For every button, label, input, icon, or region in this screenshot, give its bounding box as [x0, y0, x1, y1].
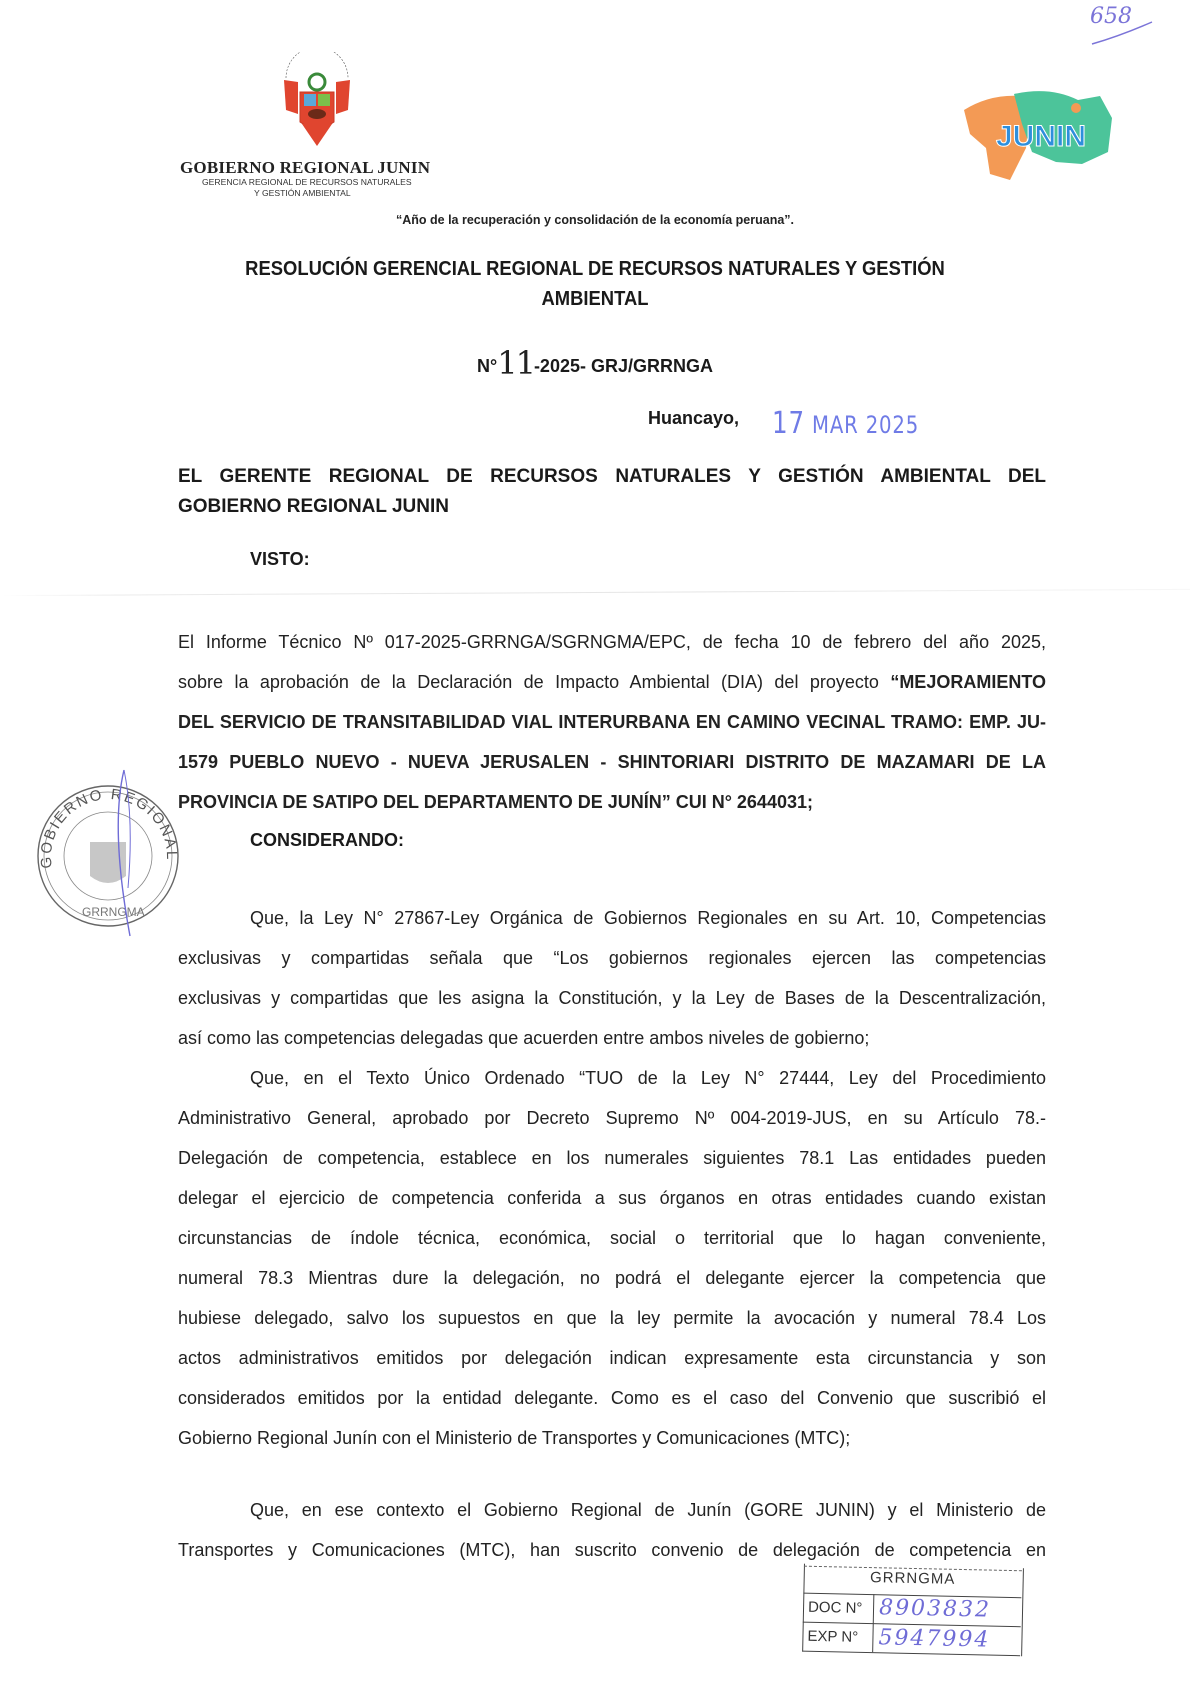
resolution-title: RESOLUCIÓN GERENCIAL REGIONAL DE RECURSO…	[48, 258, 1143, 281]
document-stamp: GRRNGMA DOC N° 8903832 EXP N° 5947994	[802, 1564, 1026, 1661]
considerando-line: Que, la Ley N° 27867-Ley Orgánica de Gob…	[250, 908, 1046, 929]
folio-number: 658	[1090, 4, 1170, 48]
considerando-line: Transportes y Comunicaciones (MTC), han …	[178, 1540, 1046, 1561]
considerando-line: exclusivas y compartidas que les asigna …	[178, 988, 1046, 1009]
junin-region-logo: JUNIN	[960, 88, 1118, 184]
considerando-line: Administrativo General, aprobado por Dec…	[178, 1108, 1046, 1129]
resolution-number-suffix: -2025- GRJ/GRRNGA	[534, 356, 713, 376]
visto-line: 1579 PUEBLO NUEVO - NUEVA JERUSALEN - SH…	[178, 752, 1046, 773]
date-stamp-day: 17	[772, 406, 805, 441]
visto-line: PROVINCIA DE SATIPO DEL DEPARTAMENTO DE …	[178, 792, 1046, 813]
considerando-line: considerados emitidos por la entidad del…	[178, 1388, 1046, 1409]
considerando-line: circunstancias de índole técnica, económ…	[178, 1228, 1046, 1249]
considerando-line: así como las competencias delegadas que …	[178, 1028, 1046, 1049]
exp-number-value: 5947994	[878, 1625, 990, 1652]
scan-artifact-line	[0, 589, 1190, 596]
considerando-line: numeral 78.3 Mientras dure la delegación…	[178, 1268, 1046, 1289]
official-seal-icon: GOBIERNO REGIONAL JUNÍN GRRNGMA	[30, 768, 190, 938]
svg-text:GRRNGMA: GRRNGMA	[82, 905, 145, 919]
considerando-line: Que, en el Texto Único Ordenado “TUO de …	[250, 1068, 1046, 1089]
considerando-line: delegar el ejercicio de competencia conf…	[178, 1188, 1046, 1209]
place-label: Huancayo,	[648, 408, 739, 429]
doc-number-value: 8903832	[879, 1595, 991, 1622]
considerando-line: Que, en ese contexto el Gobierno Regiona…	[250, 1500, 1046, 1521]
exp-number-label: EXP N°	[807, 1628, 858, 1646]
resolution-number: N°11-2025- GRJ/GRRNGA	[0, 342, 1190, 380]
resolution-title-2: AMBIENTAL	[48, 288, 1143, 311]
considerando-line: Gobierno Regional Junín con el Ministeri…	[178, 1428, 1046, 1449]
year-motto: “Año de la recuperación y consolidación …	[0, 213, 1190, 227]
resolution-number-prefix: N°	[477, 356, 497, 376]
organization-subunit: GERENCIA REGIONAL DE RECURSOS NATURALES	[202, 177, 412, 187]
visto-line: DEL SERVICIO DE TRANSITABILIDAD VIAL INT…	[178, 712, 1046, 733]
visto-line: sobre la aprobación de la Declaración de…	[178, 672, 1046, 693]
date-stamp-month-year: MAR 2025	[812, 411, 919, 439]
date-stamp: 17 MAR 2025	[772, 406, 919, 441]
junin-logo-text: JUNIN	[996, 120, 1086, 153]
underline-stroke-icon	[1090, 4, 1170, 48]
considerando-line: actos administrativos emitidos por deleg…	[178, 1348, 1046, 1369]
considerando-label: CONSIDERANDO:	[250, 830, 404, 851]
organization-name: GOBIERNO REGIONAL JUNIN	[180, 158, 430, 178]
doc-number-label: DOC N°	[808, 1599, 863, 1617]
considerando-line: Delegación de competencia, establece en …	[178, 1148, 1046, 1169]
considerando-line: exclusivas y compartidas señala que “Los…	[178, 948, 1046, 969]
visto-line: El Informe Técnico Nº 017-2025-GRRNGA/SG…	[178, 632, 1046, 653]
visto-label: VISTO:	[250, 549, 310, 570]
considerando-line: hubiese delegado, salvo los supuestos en…	[178, 1308, 1046, 1329]
resolution-number-handwritten: 11	[497, 344, 534, 382]
issuer-heading-2: GOBIERNO REGIONAL JUNIN	[178, 496, 1046, 518]
issuer-heading: EL GERENTE REGIONAL DE RECURSOS NATURALE…	[178, 466, 1046, 488]
coat-of-arms-icon	[278, 52, 356, 150]
organization-subunit-2: Y GESTIÓN AMBIENTAL	[254, 188, 351, 198]
